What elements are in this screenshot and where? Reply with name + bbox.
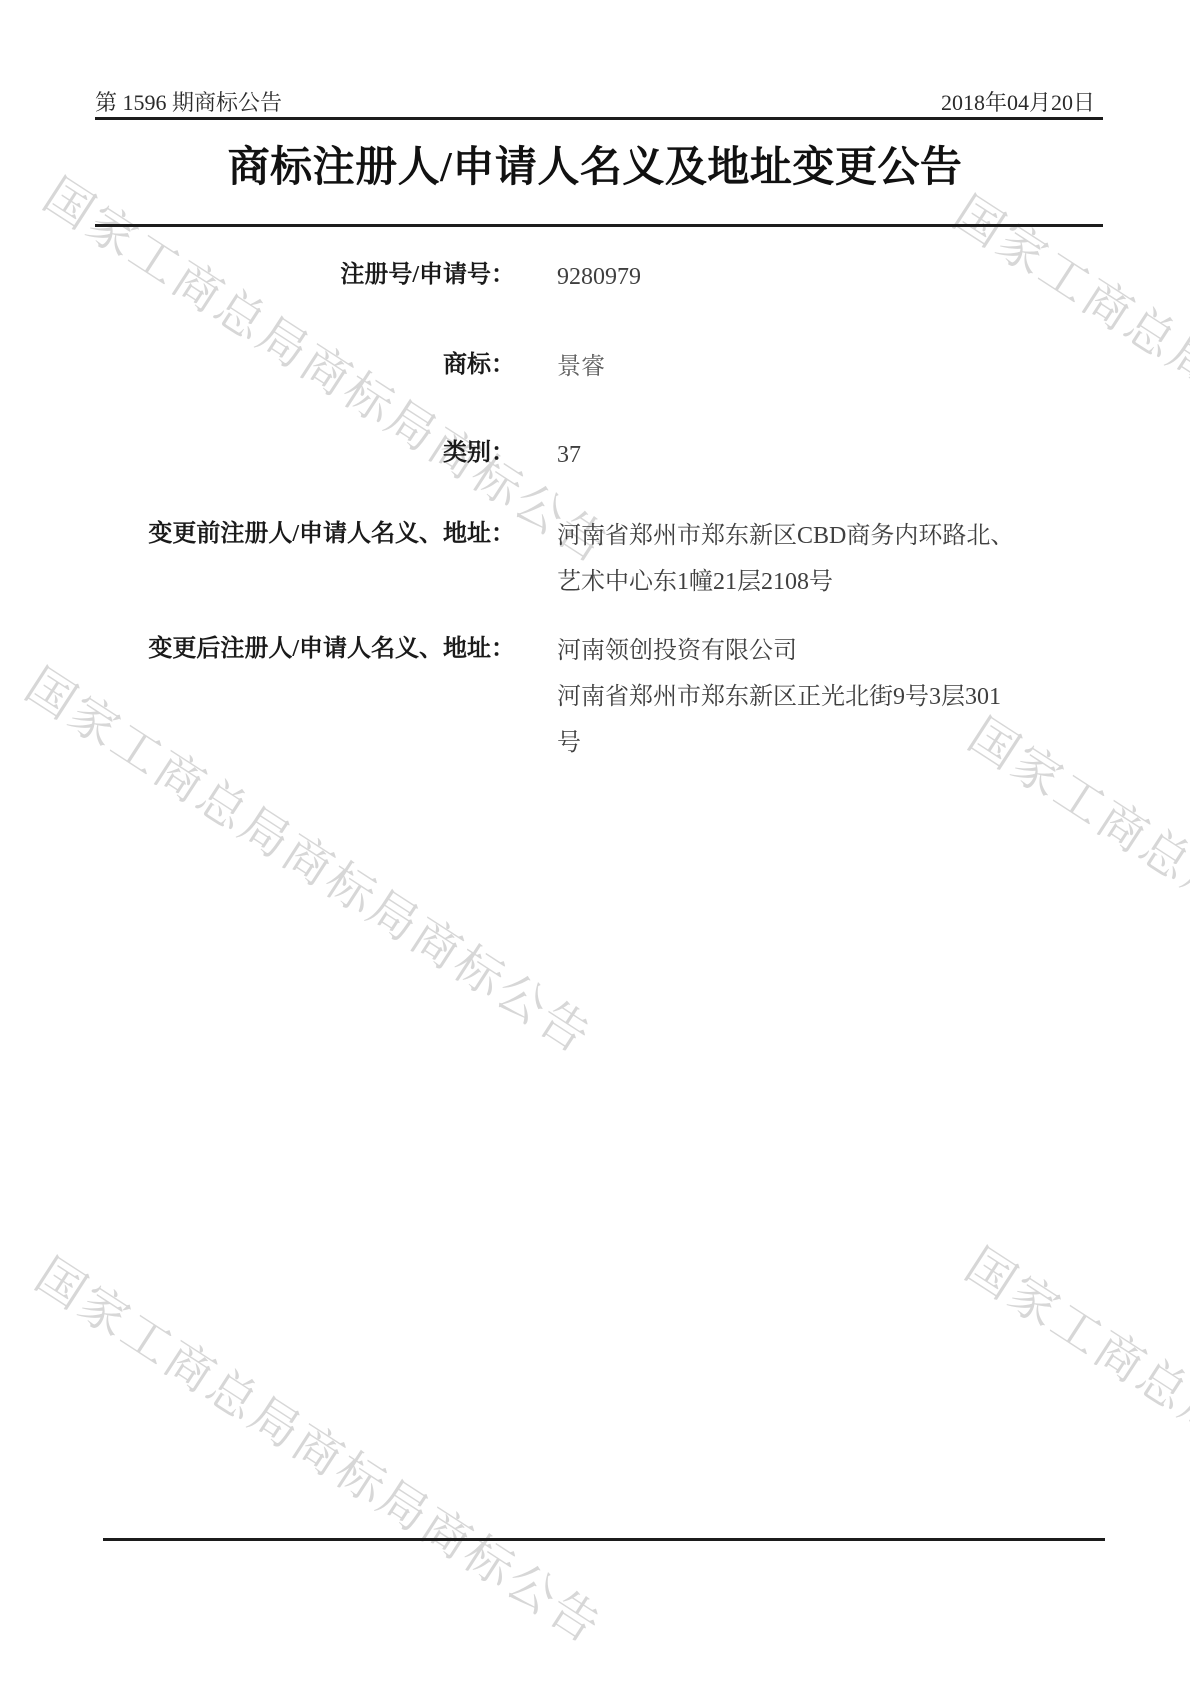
field-label-trademark: 商标： xyxy=(95,344,515,379)
watermark-middle-left: 国家工商总局商标局商标公告 xyxy=(14,648,608,1067)
field-value-before-change: 河南省郑州市郑东新区CBD商务内环路北、艺术中心东1幢21层2108号 xyxy=(557,513,1019,605)
field-label-before-change: 变更前注册人/申请人名义、地址： xyxy=(95,513,515,548)
gazette-page: 国家工商总局商标局商标公告 国家工商总局商标局商标公告 国家工商总局商标局商标公… xyxy=(0,0,1190,1684)
field-value-after-change: 河南领创投资有限公司 河南省郑州市郑东新区正光北街9号3层301号 xyxy=(557,628,1019,766)
after-change-name: 河南领创投资有限公司 xyxy=(557,628,1019,674)
watermark-bottom-left: 国家工商总局商标局商标公告 xyxy=(24,1238,618,1657)
watermark-bottom-right: 国家工商总局商标局商标公告 xyxy=(954,1228,1190,1647)
footer-rule xyxy=(103,1538,1105,1541)
page-title: 商标注册人/申请人名义及地址变更公告 xyxy=(0,134,1190,194)
field-value-trademark: 景睿 xyxy=(557,344,1019,390)
field-value-class: 37 xyxy=(557,432,1019,478)
field-label-registration-number: 注册号/申请号： xyxy=(95,254,515,289)
field-label-after-change: 变更后注册人/申请人名义、地址： xyxy=(95,628,515,663)
header-rule xyxy=(95,117,1103,120)
field-label-class: 类别： xyxy=(95,432,515,467)
gazette-date: 2018年04月20日 xyxy=(941,86,1095,117)
field-value-registration-number: 9280979 xyxy=(557,254,1019,300)
gazette-issue-number: 第 1596 期商标公告 xyxy=(95,86,282,117)
after-change-address: 河南省郑州市郑东新区正光北街9号3层301号 xyxy=(557,674,1019,766)
title-rule xyxy=(95,224,1103,227)
page-header: 第 1596 期商标公告 2018年04月20日 xyxy=(95,86,1095,117)
